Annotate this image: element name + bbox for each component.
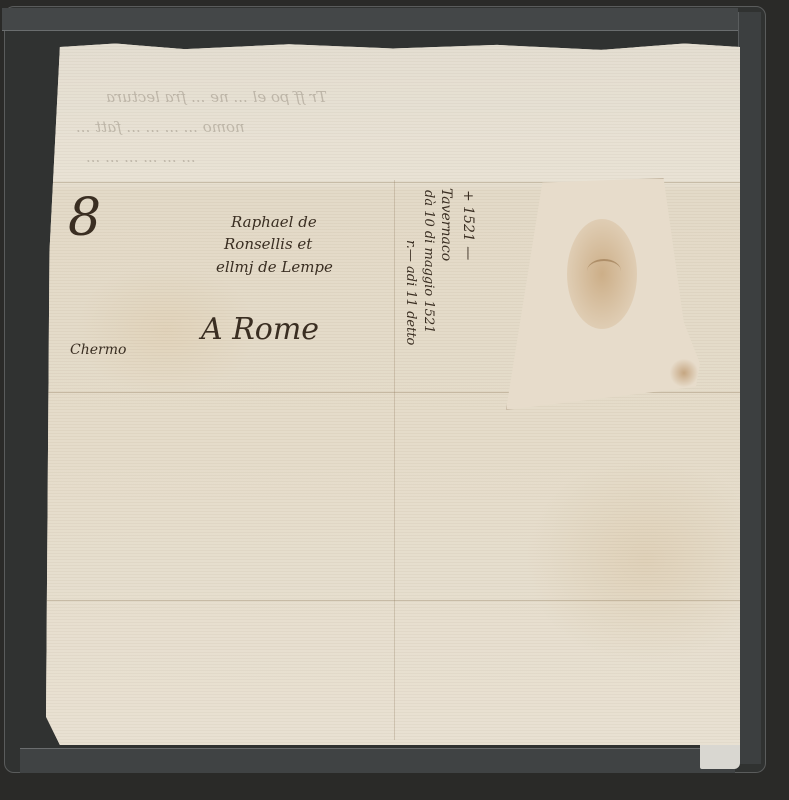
fold-line: [394, 180, 395, 740]
endorsement-line-2: dà 10 di maggio 1521: [421, 190, 436, 333]
fold-line: [46, 600, 740, 601]
sleeve-bottom-strip: [20, 748, 735, 773]
endorsement-line-1: Tavernaco: [438, 188, 454, 261]
bleed-through-text: Tr ff po el ... ne ... fra lectura: [106, 88, 327, 106]
address-line-1: Raphael de: [231, 213, 317, 231]
sleeve-label-tab: [700, 745, 740, 769]
address-destination: A Rome: [201, 312, 319, 347]
left-annotation: Chermo: [70, 342, 126, 358]
sleeve-right-strip: [738, 12, 761, 764]
endorsement-year: + 1521 —: [460, 190, 476, 260]
sleeve-top-strip: [2, 8, 738, 31]
address-line-3: ellmj de Lempe: [216, 258, 333, 276]
seal-fragment: [506, 178, 708, 410]
seal-impression: [587, 259, 621, 283]
flourish-mark: 8: [68, 188, 101, 248]
address-line-2: Ronsellis et: [224, 235, 312, 253]
stain: [669, 359, 699, 387]
bleed-through-text: ... ... ... ... ... ...: [86, 148, 196, 166]
letter-sheet: Tr ff po el ... ne ... fra lectura nomo …: [46, 40, 740, 745]
endorsement-line-3: r.— adi 11 detto: [403, 240, 418, 345]
bleed-through-text: nomo ... ... ... ... fatt ...: [76, 118, 245, 136]
